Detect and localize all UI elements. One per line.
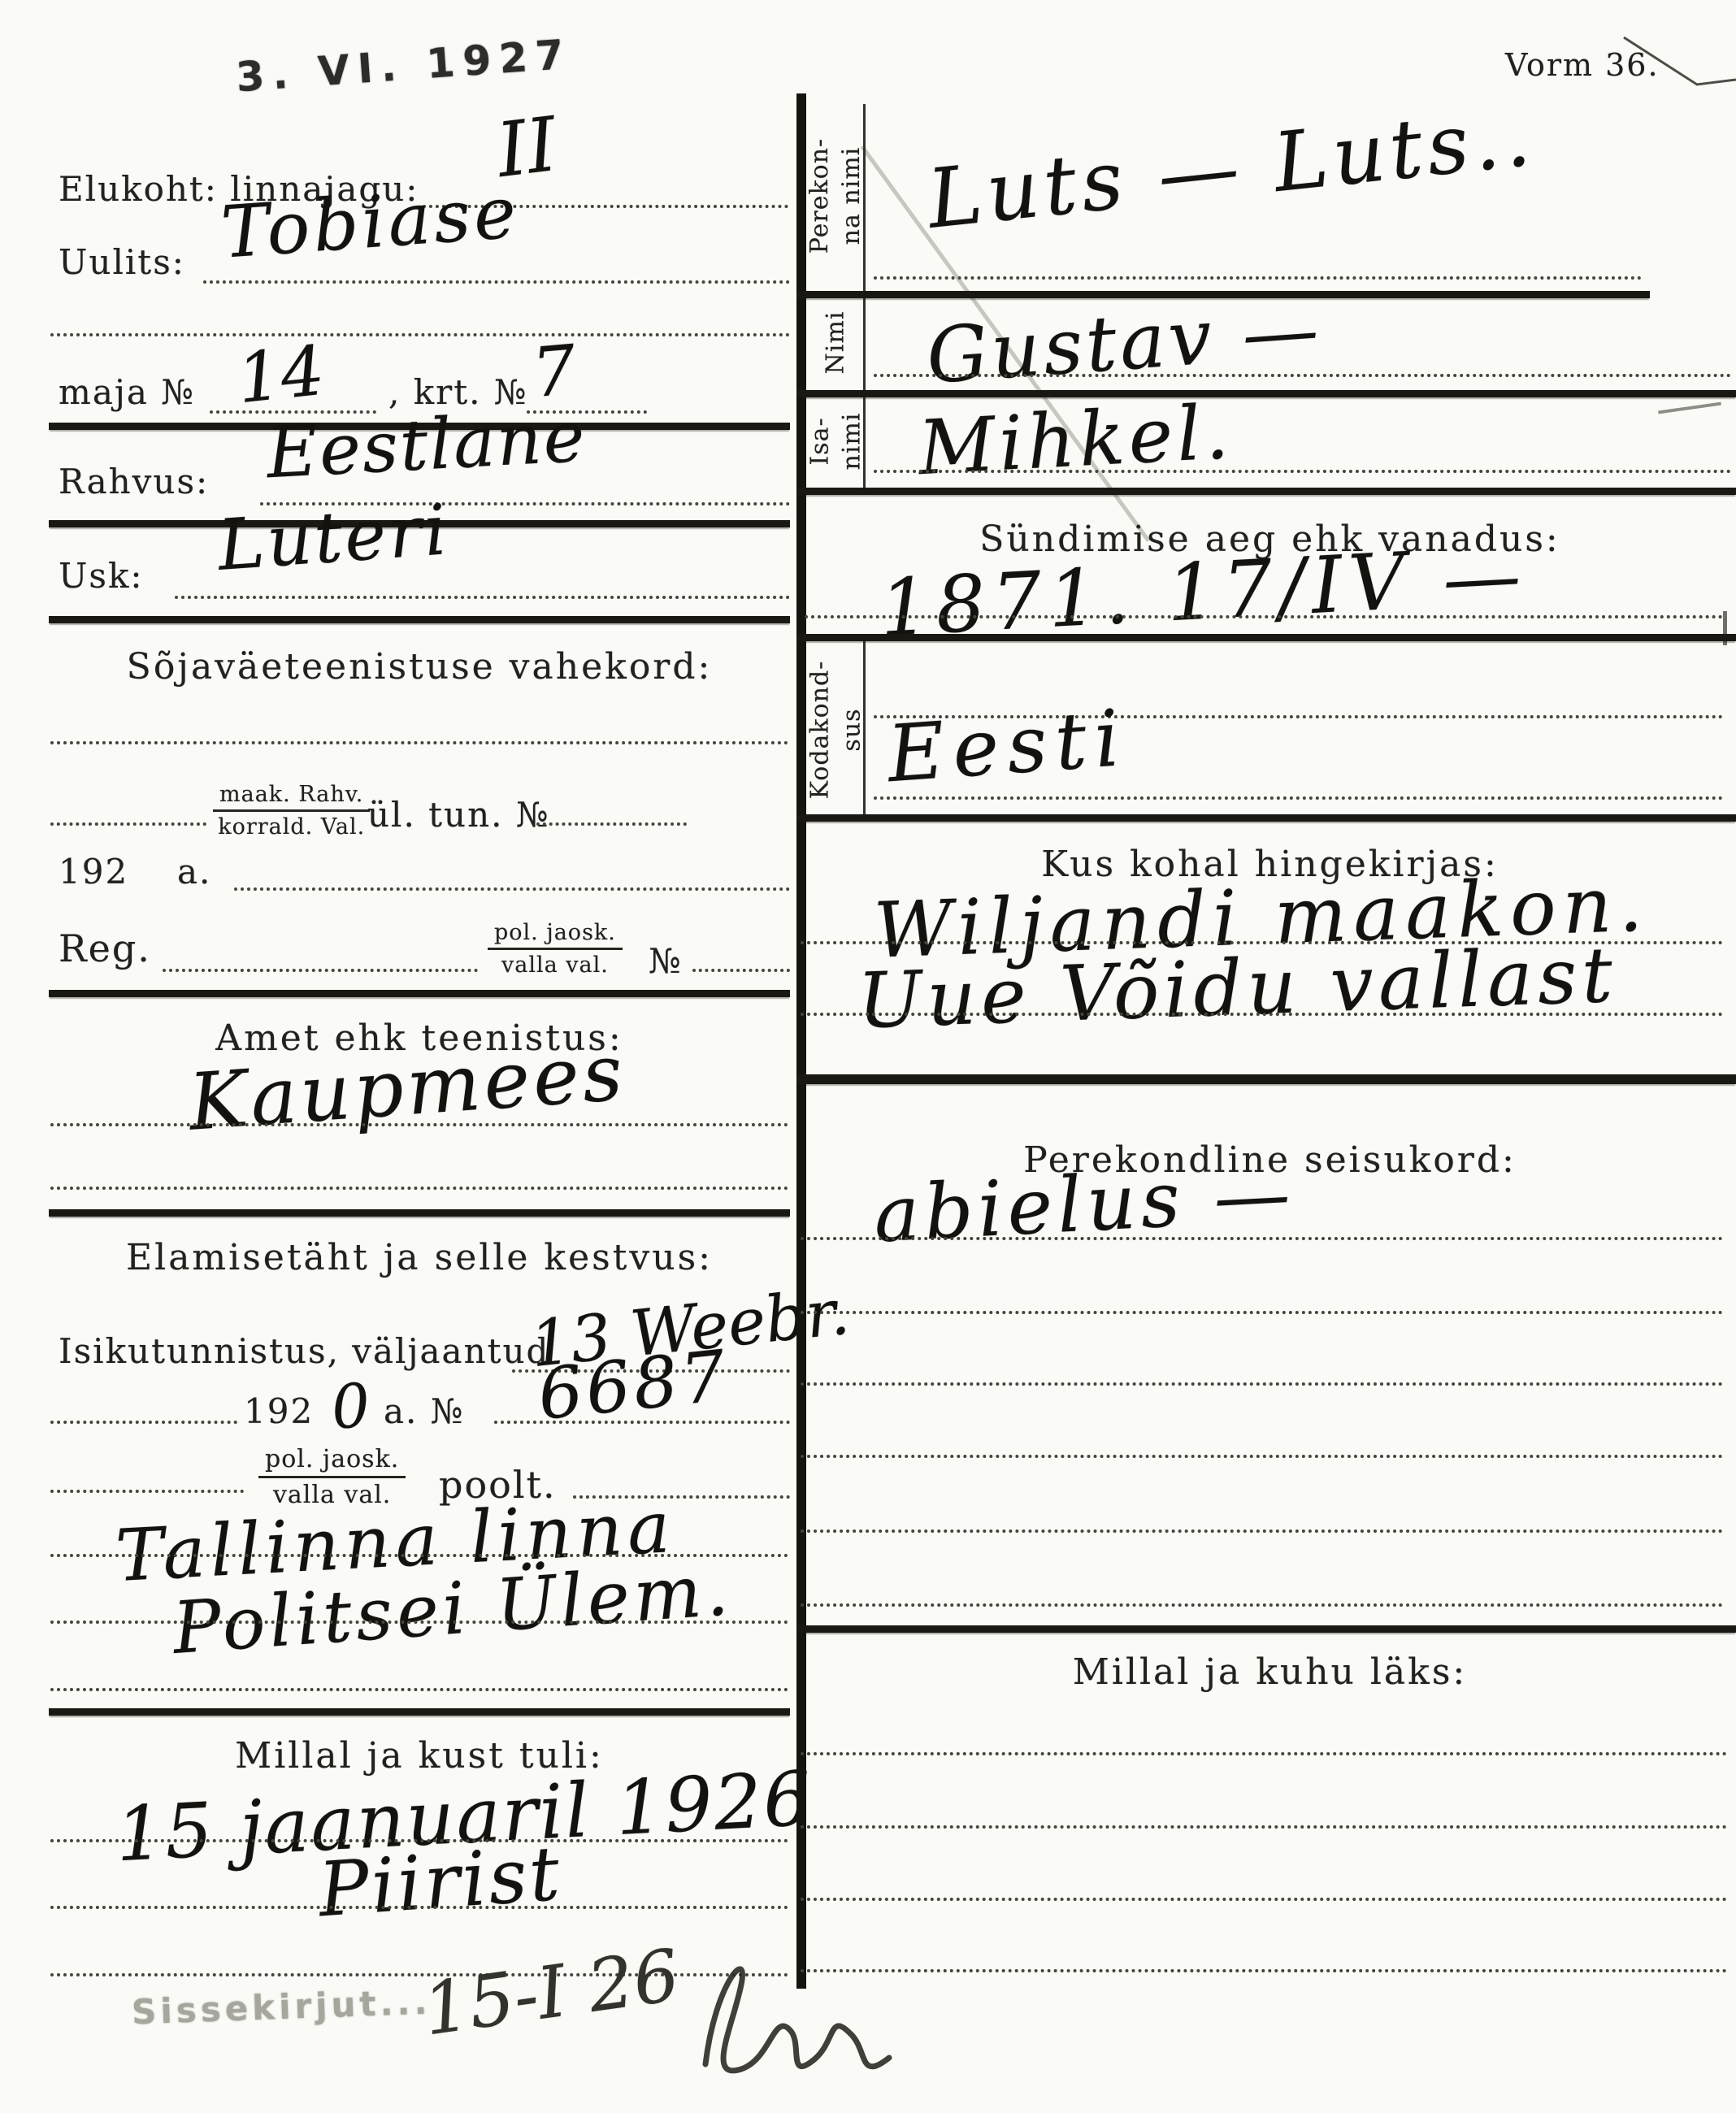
dotted-line [692,969,790,972]
dotted-line [801,1603,1723,1607]
pol-fraction: pol. jaosk. valla val. [488,920,623,978]
dotted-line [163,969,478,972]
maja-value: 14 [233,331,328,419]
section-divider [796,390,1736,397]
reg-label: Reg. [59,926,151,970]
maak-fraction-top: maak. Rahv. [213,782,370,812]
dotted-line [234,887,790,891]
fold-mark [1617,15,1736,112]
dotted-line [801,1969,1727,1972]
ul-tun-label: ül. tun. № [367,795,550,835]
section-divider [796,634,1736,641]
uulits-label: Uulits: [59,242,185,282]
dotted-line [50,741,788,744]
pol-fraction2-top: pol. jaosk. [258,1445,406,1478]
dotted-line [50,1906,788,1909]
sissekirj-date: 15-I 26 [418,1933,684,2051]
year2-label: 192 [244,1391,314,1431]
dotted-line [801,1237,1723,1240]
dotted-line [175,596,790,599]
isanimi-label: Isa- nimi [808,395,863,488]
isanimi-value: Mihkel. [916,388,1235,492]
reg-no-label: № [649,941,683,981]
laks-heading: Millal ja kuhu läks: [809,1651,1731,1693]
year2-digit: 0 [328,1370,372,1443]
center-divider [796,93,806,1989]
registration-card: 3. VI. 1927 Vorm 36. Elukoht: linnajagu:… [0,0,1736,2113]
dotted-line [50,1421,237,1424]
dotted-line [536,822,687,826]
usk-value: Luteri [215,489,452,587]
dotted-line [203,280,790,284]
dotted-line [50,1490,244,1493]
dotted-line [50,1187,788,1190]
perekonnanimi-value: Luts — Luts.. [923,89,1539,247]
sissekirj-stamp: Sissekirjut... [131,1982,432,2033]
dotted-line [50,1123,788,1126]
perekonnanimi-label: Perekon- na nimi [808,104,863,288]
military-heading: Sõjaväeteenistuse vahekord: [49,646,790,688]
nimi-value: Gustav — [924,285,1325,401]
section-divider [796,814,1736,822]
year-a-label: a. [177,852,211,892]
section-divider [49,616,790,623]
dotted-line [801,1013,1723,1016]
maak-fraction: maak. Rahv. korrald. Val. [213,782,370,840]
pol-fraction-top: pol. jaosk. [488,920,623,950]
section-divider [49,990,790,997]
kodakondsus-value: Eesti [884,692,1131,800]
dotted-line [801,1752,1727,1755]
dotted-line [801,1455,1723,1458]
edge-smudge [1658,402,1721,414]
usk-label: Usk: [59,556,144,596]
section-divider [796,1625,1736,1633]
section-divider [796,1074,1736,1084]
dotted-line [874,374,1731,377]
maja-label: maja № [59,372,195,412]
isikutunnistus-label: Isikutunnistus, väljaantud [59,1331,549,1371]
dotted-line [50,1688,788,1691]
dotted-line [801,1311,1723,1314]
dotted-line [50,822,206,826]
dotted-line [874,470,1731,473]
dotted-line [801,1529,1723,1533]
dotted-line [50,333,790,336]
pol-fraction-bottom: valla val. [488,950,623,978]
kodakondsus-label: Kodakond- sus [808,644,863,816]
rahvus-value: Eestlane [265,397,588,494]
section-divider [796,488,1736,495]
rahvus-label: Rahvus: [59,462,209,501]
section-divider [49,1209,790,1217]
dotted-line [801,1825,1727,1829]
tuli-line2: Piirist [316,1830,565,1934]
dotted-line [50,1621,788,1624]
dotted-line [801,1898,1727,1901]
a-no-label: a. № [384,1391,465,1431]
year-label: 192 [59,852,128,892]
nimi-label: Nimi [808,294,863,390]
section-divider [49,1708,790,1716]
dotted-line [801,1382,1723,1386]
elamiset-heading: Elamisetäht ja selle kestvus: [49,1237,790,1278]
dotted-line [874,796,1723,800]
maak-fraction-bottom: korrald. Val. [213,812,370,840]
date-stamp: 3. VI. 1927 [234,31,573,102]
dotted-line [874,276,1642,280]
dotted-line [805,615,1723,618]
